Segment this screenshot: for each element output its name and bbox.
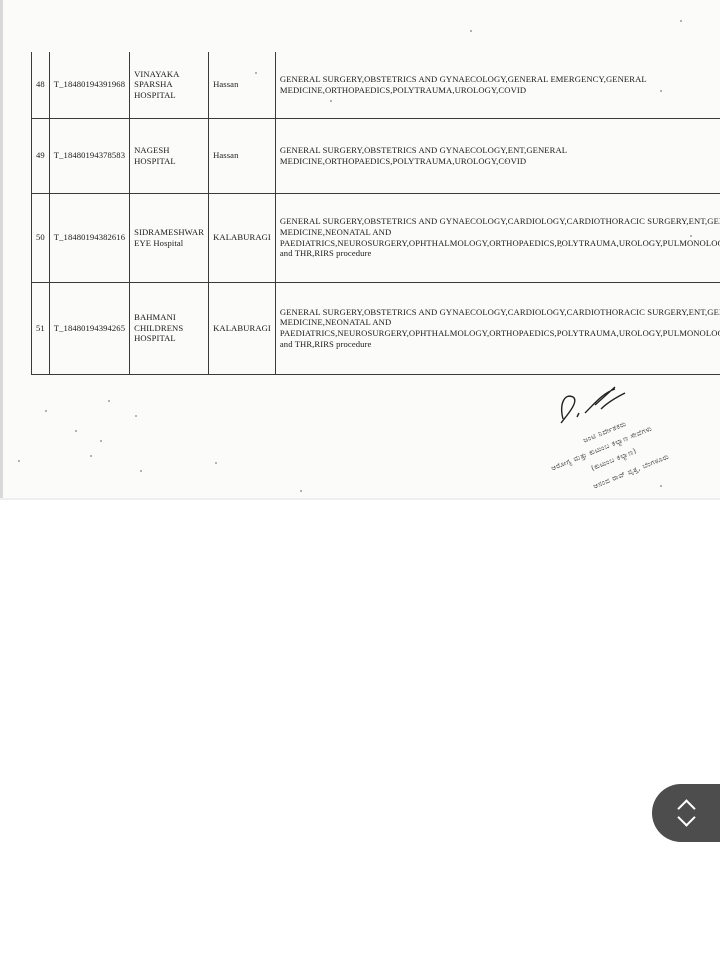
hospital-id-cell: T_18480194394265 — [49, 282, 129, 374]
scan-speck — [45, 410, 47, 412]
scan-speck — [300, 490, 302, 492]
scan-speck — [90, 455, 92, 457]
hospital-name-cell: SIDRAMESHWAR EYE Hospital — [130, 193, 209, 282]
hospital-name-cell: BAHMANI CHILDRENS HOSPITAL — [130, 282, 209, 374]
sl-number-cell: 51 — [32, 282, 50, 374]
hospital-name-cell: VINAYAKA SPARSHA HOSPITAL — [130, 52, 209, 118]
scan-speck — [18, 460, 20, 462]
table-row: 50T_18480194382616SIDRAMESHWAR EYE Hospi… — [32, 193, 720, 282]
scan-speck — [108, 400, 110, 402]
table-row: 49T_18480194378583NAGESH HOSPITALHassanG… — [32, 118, 720, 193]
scan-speck — [140, 470, 142, 472]
page-bottom-edge — [0, 498, 720, 500]
scan-speck — [255, 72, 257, 74]
document-page: 48T_18480194391968VINAYAKA SPARSHA HOSPI… — [0, 0, 720, 500]
specialities-cell: GENERAL SURGERY,OBSTETRICS AND GYNAECOLO… — [275, 193, 720, 282]
district-cell: KALABURAGI — [209, 193, 276, 282]
scan-speck — [470, 30, 472, 32]
page-edge — [0, 0, 3, 500]
district-cell: Hassan — [209, 118, 276, 193]
sl-number-cell: 48 — [32, 52, 50, 118]
signature-stamp: ಜಂಟಿ ನಿರ್ದೇಶಕರು ಆರೋಗ್ಯ ಮತ್ತು ಕುಟುಂಬ ಕಲ್ಯ… — [530, 385, 710, 485]
scan-speck — [100, 440, 102, 442]
scan-speck — [660, 485, 662, 487]
table-row: 48T_18480194391968VINAYAKA SPARSHA HOSPI… — [32, 52, 720, 118]
district-cell: KALABURAGI — [209, 282, 276, 374]
scan-speck — [505, 160, 507, 162]
specialities-cell: GENERAL SURGERY,OBSTETRICS AND GYNAECOLO… — [275, 52, 720, 118]
hospital-id-cell: T_18480194391968 — [49, 52, 129, 118]
district-cell: Hassan — [209, 52, 276, 118]
sl-number-cell: 49 — [32, 118, 50, 193]
page-scroll-control[interactable] — [652, 784, 720, 842]
scan-speck — [660, 90, 662, 92]
hospital-table: 48T_18480194391968VINAYAKA SPARSHA HOSPI… — [31, 52, 720, 375]
table-row: 51T_18480194394265BAHMANI CHILDRENS HOSP… — [32, 282, 720, 374]
scan-speck — [690, 235, 692, 237]
scan-speck — [680, 20, 682, 22]
scan-speck — [75, 430, 77, 432]
scan-speck — [135, 415, 137, 417]
specialities-cell: GENERAL SURGERY,OBSTETRICS AND GYNAECOLO… — [275, 282, 720, 374]
scan-speck — [560, 245, 562, 247]
scan-speck — [215, 462, 217, 464]
hospital-id-cell: T_18480194382616 — [49, 193, 129, 282]
hospital-name-cell: NAGESH HOSPITAL — [130, 118, 209, 193]
scan-speck — [330, 100, 332, 102]
hospital-id-cell: T_18480194378583 — [49, 118, 129, 193]
sl-number-cell: 50 — [32, 193, 50, 282]
specialities-cell: GENERAL SURGERY,OBSTETRICS AND GYNAECOLO… — [275, 118, 720, 193]
